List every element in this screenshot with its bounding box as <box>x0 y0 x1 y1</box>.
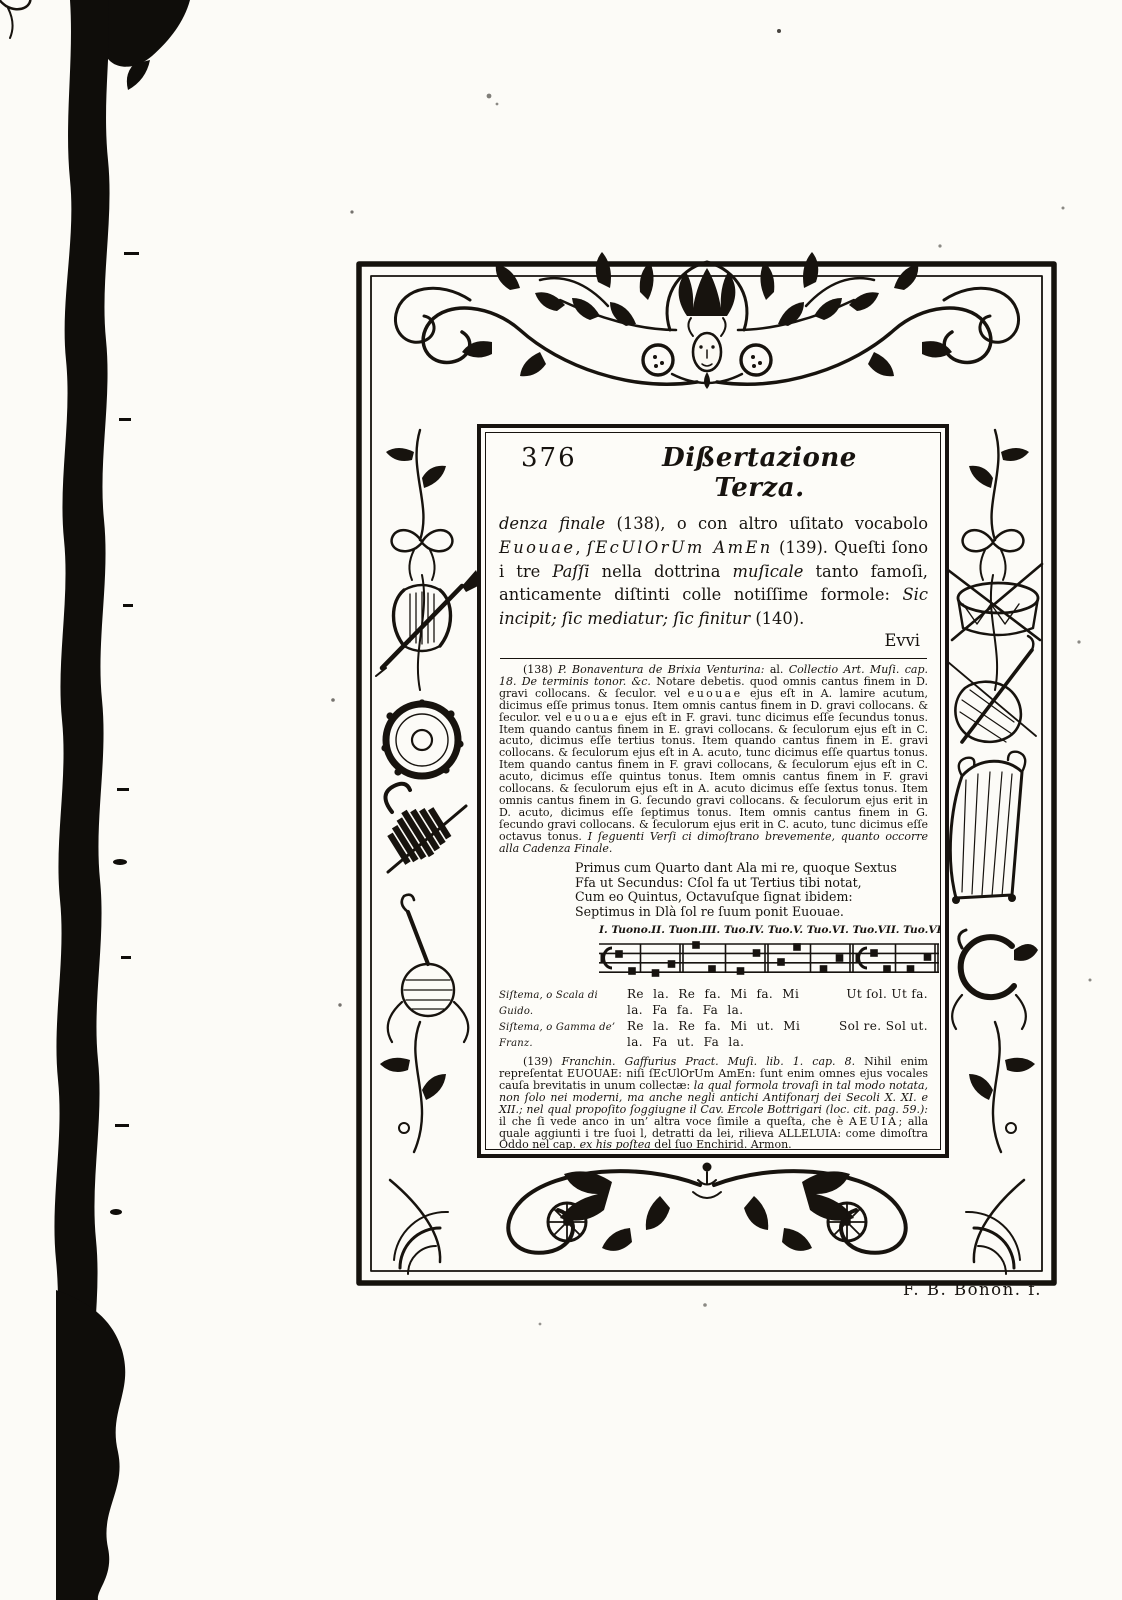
lute-icon <box>388 895 468 1042</box>
sistema-table: Siſtema, o Scala di Guido.Re la. Re fa. … <box>499 987 928 1051</box>
horn-icon <box>952 930 1038 1029</box>
content-inner: 376 Dißertazione Terza. denza finale (13… <box>485 432 941 1150</box>
laurel-wreath-icon <box>643 345 673 375</box>
laurel-wreath-icon <box>741 345 771 375</box>
ribbon-bow-icon <box>0 0 30 38</box>
lyre-icon <box>394 585 451 651</box>
drum-icon <box>948 564 1042 640</box>
verse-block: Primus cum Quarto dant Ala mi re, quoque… <box>575 861 928 919</box>
staff-wrap <box>599 938 939 984</box>
tambourine-icon <box>381 699 463 776</box>
book-page-scan: { "page": { "number": "376", "title": "D… <box>0 0 1122 1600</box>
panpipes-icon <box>381 784 466 872</box>
violin-icon <box>948 636 1036 742</box>
mask-icon <box>667 262 747 389</box>
sistema-row: Siſtema, o Scala di Guido.Re la. Re fa. … <box>499 987 928 1019</box>
content-box: 376 Dißertazione Terza. denza finale (13… <box>477 424 949 1158</box>
catchword: Evvi <box>499 631 928 651</box>
page-tear <box>54 0 190 1600</box>
harp-icon <box>950 752 1025 904</box>
sistema-row: Siſtema, o Gamma de’ Franz.Re la. Re fa.… <box>499 1019 928 1051</box>
engraver-signature: F. B. Bonon. f. <box>903 1280 1042 1299</box>
music-staff <box>599 938 939 984</box>
running-header: 376 Dißertazione Terza. <box>499 443 928 503</box>
main-paragraph: denza finale (138), o con altro uſitato … <box>499 512 928 631</box>
tone-labels: I. Tuono.II. Tuon.III. Tuo.IV. Tuo.V. Tu… <box>599 924 939 936</box>
page-number: 376 <box>499 443 625 473</box>
footnote-138: (138) P. Bonaventura de Brixia Venturina… <box>499 664 928 855</box>
footnote-139: (139) Franchin. Gaffurius Pract. Muſi. l… <box>499 1056 928 1150</box>
pendant-icon <box>693 1163 721 1199</box>
page-title: Dißertazione Terza. <box>625 443 928 503</box>
footnote-separator <box>500 658 927 659</box>
rosette-icon <box>548 1203 586 1241</box>
